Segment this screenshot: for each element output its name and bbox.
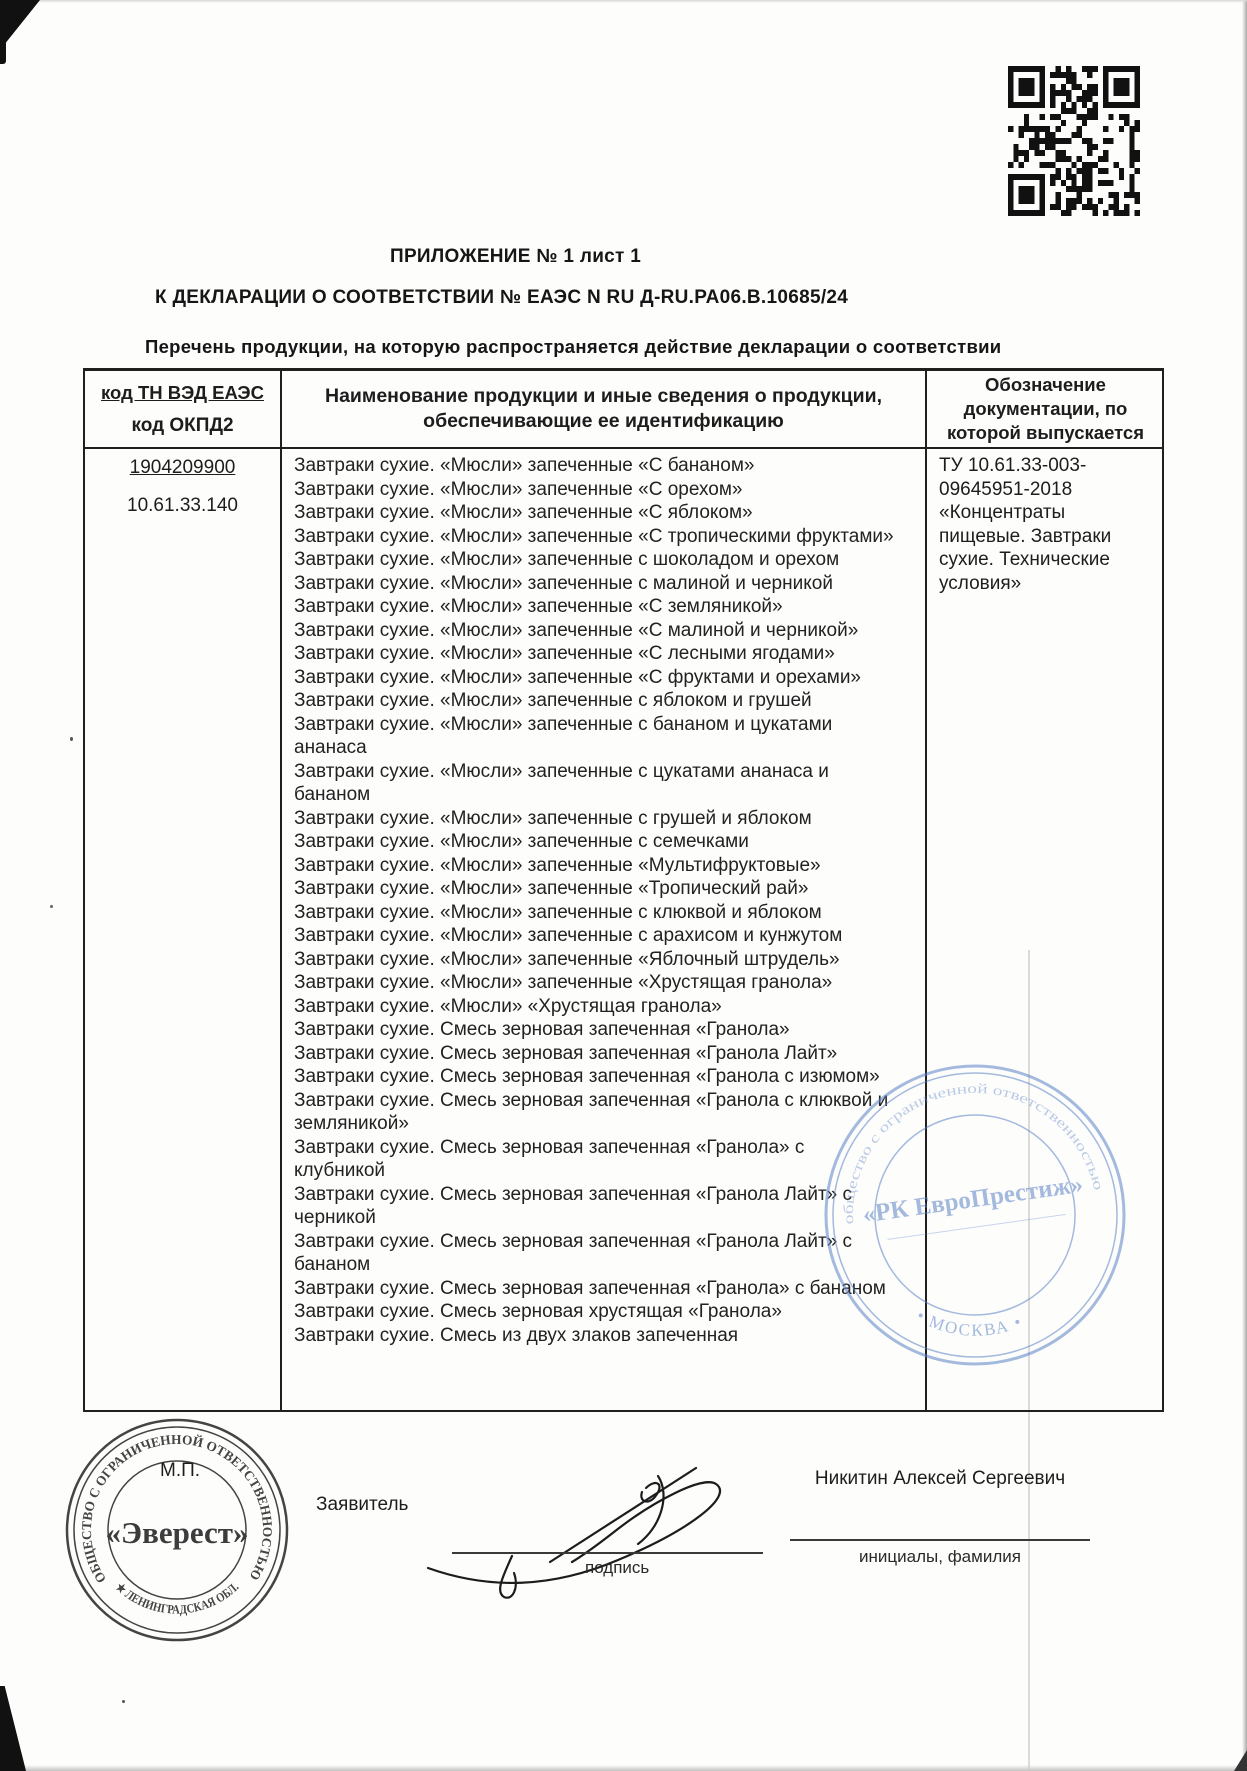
product-item: Завтраки сухие. «Мюсли» запеченные с гру… — [294, 807, 894, 831]
svg-text:ОБЩЕСТВО С ОГРАНИЧЕННОЙ ОТВЕТС: ОБЩЕСТВО С ОГРАНИЧЕННОЙ ОТВЕТСТВЕННОСТЬЮ — [79, 1432, 275, 1586]
scan-artifact-corner-top-left — [0, 0, 40, 50]
scan-edge-bottom — [0, 1765, 1247, 1771]
product-item: Завтраки сухие. «Мюсли» запеченные с сем… — [294, 830, 894, 854]
qr-code — [1008, 66, 1140, 216]
blue-company-stamp: общество с ограниченной ответственностью… — [815, 1055, 1135, 1375]
scan-speck-3 — [122, 1700, 125, 1703]
header-col2-label: Наименование продукции и иные сведения о… — [322, 384, 885, 434]
scan-edge-top — [0, 0, 1247, 3]
product-item: Завтраки сухие. Смесь зерновая запеченна… — [294, 1183, 894, 1230]
product-item: Завтраки сухие. «Мюсли» запеченные с мал… — [294, 572, 894, 596]
header-col3: Обозначение документации, по которой вып… — [927, 371, 1164, 447]
product-item: Завтраки сухие. Смесь зерновая запеченна… — [294, 1018, 894, 1042]
product-item: Завтраки сухие. «Мюсли» запеченные с цук… — [294, 760, 894, 807]
okpd2-code: 10.61.33.140 — [85, 494, 280, 518]
product-item: Завтраки сухие. Смесь из двух злаков зап… — [294, 1324, 894, 1348]
scan-artifact-corner-bottom-left — [0, 1686, 26, 1771]
page-title-appendix: ПРИЛОЖЕНИЕ № 1 лист 1 — [390, 246, 641, 268]
scan-speck-2 — [50, 905, 53, 908]
product-item: Завтраки сухие. «Мюсли» запеченные «С тр… — [294, 525, 894, 549]
product-item: Завтраки сухие. «Мюсли» запеченные с ябл… — [294, 689, 894, 713]
applicant-label: Заявитель — [316, 1494, 408, 1516]
scanned-document-page: ПРИЛОЖЕНИЕ № 1 лист 1 К ДЕКЛАРАЦИИ О СОО… — [0, 0, 1247, 1771]
blue-stamp-city-text: • МОСКВА • — [911, 1292, 1026, 1349]
scan-edge-right — [1242, 0, 1247, 1771]
name-caption: инициалы, фамилия — [790, 1547, 1090, 1567]
products-caption: Перечень продукции, на которую распростр… — [145, 336, 1001, 358]
product-item: Завтраки сухие. «Мюсли» запеченные «С фр… — [294, 666, 894, 690]
signature-caption: подпись — [585, 1558, 649, 1578]
doc-designation: ТУ 10.61.33-003-09645951-2018 «Концентра… — [939, 454, 1144, 595]
header-col1-bottom: код ОКПД2 — [131, 414, 233, 438]
product-item: Завтраки сухие. «Мюсли» запеченные «Ябло… — [294, 948, 894, 972]
product-item: Завтраки сухие. «Мюсли» запеченные с бан… — [294, 713, 894, 760]
signature-line — [452, 1552, 763, 1554]
product-item: Завтраки сухие. «Мюсли» запеченные «С зе… — [294, 595, 894, 619]
header-col1: код ТН ВЭД ЕАЭС код ОКПД2 — [85, 371, 280, 447]
product-item: Завтраки сухие. Смесь зерновая запеченна… — [294, 1089, 894, 1136]
product-item: Завтраки сухие. «Мюсли» запеченные с клю… — [294, 901, 894, 925]
product-item: Завтраки сухие. «Мюсли» запеченные «С ма… — [294, 619, 894, 643]
product-item: Завтраки сухие. «Мюсли» запеченные «Хрус… — [294, 971, 894, 995]
product-item: Завтраки сухие. «Мюсли» запеченные «С ба… — [294, 454, 894, 478]
name-line — [790, 1539, 1090, 1541]
handwritten-signature — [400, 1440, 800, 1610]
applicant-name: Никитин Алексей Сергеевич — [790, 1467, 1090, 1491]
product-item: Завтраки сухие. Смесь зерновая запеченна… — [294, 1065, 894, 1089]
scan-speck-1 — [70, 737, 73, 741]
blue-stamp-center-text: «РК ЕвроПрестиж» — [861, 1171, 1084, 1229]
product-item: Завтраки сухие. «Мюсли» запеченные «С яб… — [294, 501, 894, 525]
tn-ved-code: 1904209900 — [85, 456, 280, 480]
product-item: Завтраки сухие. «Мюсли» запеченные «С ор… — [294, 478, 894, 502]
product-item: Завтраки сухие. «Мюсли» запеченные с шок… — [294, 548, 894, 572]
scan-artifact-corner-bottom-right — [1234, 1750, 1247, 1771]
codes-cell: 1904209900 10.61.33.140 — [85, 449, 280, 517]
header-col3-label: Обозначение документации, по которой вып… — [933, 373, 1158, 445]
seal-center-text: «Эверест» — [106, 1515, 249, 1550]
header-col1-top: код ТН ВЭД ЕАЭС — [101, 381, 264, 405]
declaration-number-line: К ДЕКЛАРАЦИИ О СООТВЕТСТВИИ № ЕАЭС N RU … — [155, 287, 848, 309]
product-item: Завтраки сухие. «Мюсли» запеченные «Муль… — [294, 854, 894, 878]
product-item: Завтраки сухие. «Мюсли» запеченные «Троп… — [294, 877, 894, 901]
product-item: Завтраки сухие. Смесь зерновая хрустящая… — [294, 1300, 894, 1324]
scan-artifact-left-dash — [0, 28, 6, 64]
product-item: Завтраки сухие. «Мюсли» запеченные «С ле… — [294, 642, 894, 666]
product-item: Завтраки сухие. «Мюсли» запеченные с ара… — [294, 924, 894, 948]
svg-text:• МОСКВА •: • МОСКВА • — [911, 1292, 1026, 1349]
product-item: Завтраки сухие. «Мюсли» «Хрустящая грано… — [294, 995, 894, 1019]
company-round-seal: ОБЩЕСТВО С ОГРАНИЧЕННОЙ ОТВЕТСТВЕННОСТЬЮ… — [57, 1410, 297, 1650]
product-item: Завтраки сухие. Смесь зерновая запеченна… — [294, 1136, 894, 1183]
header-col2: Наименование продукции и иные сведения о… — [282, 371, 925, 447]
seal-ring-text-top: ОБЩЕСТВО С ОГРАНИЧЕННОЙ ОТВЕТСТВЕННОСТЬЮ — [79, 1432, 275, 1586]
product-item: Завтраки сухие. Смесь зерновая запеченна… — [294, 1277, 894, 1301]
product-item: Завтраки сухие. Смесь зерновая запеченна… — [294, 1230, 894, 1277]
product-item: Завтраки сухие. Смесь зерновая запеченна… — [294, 1042, 894, 1066]
doc-designation-cell: ТУ 10.61.33-003-09645951-2018 «Концентра… — [927, 449, 1164, 595]
